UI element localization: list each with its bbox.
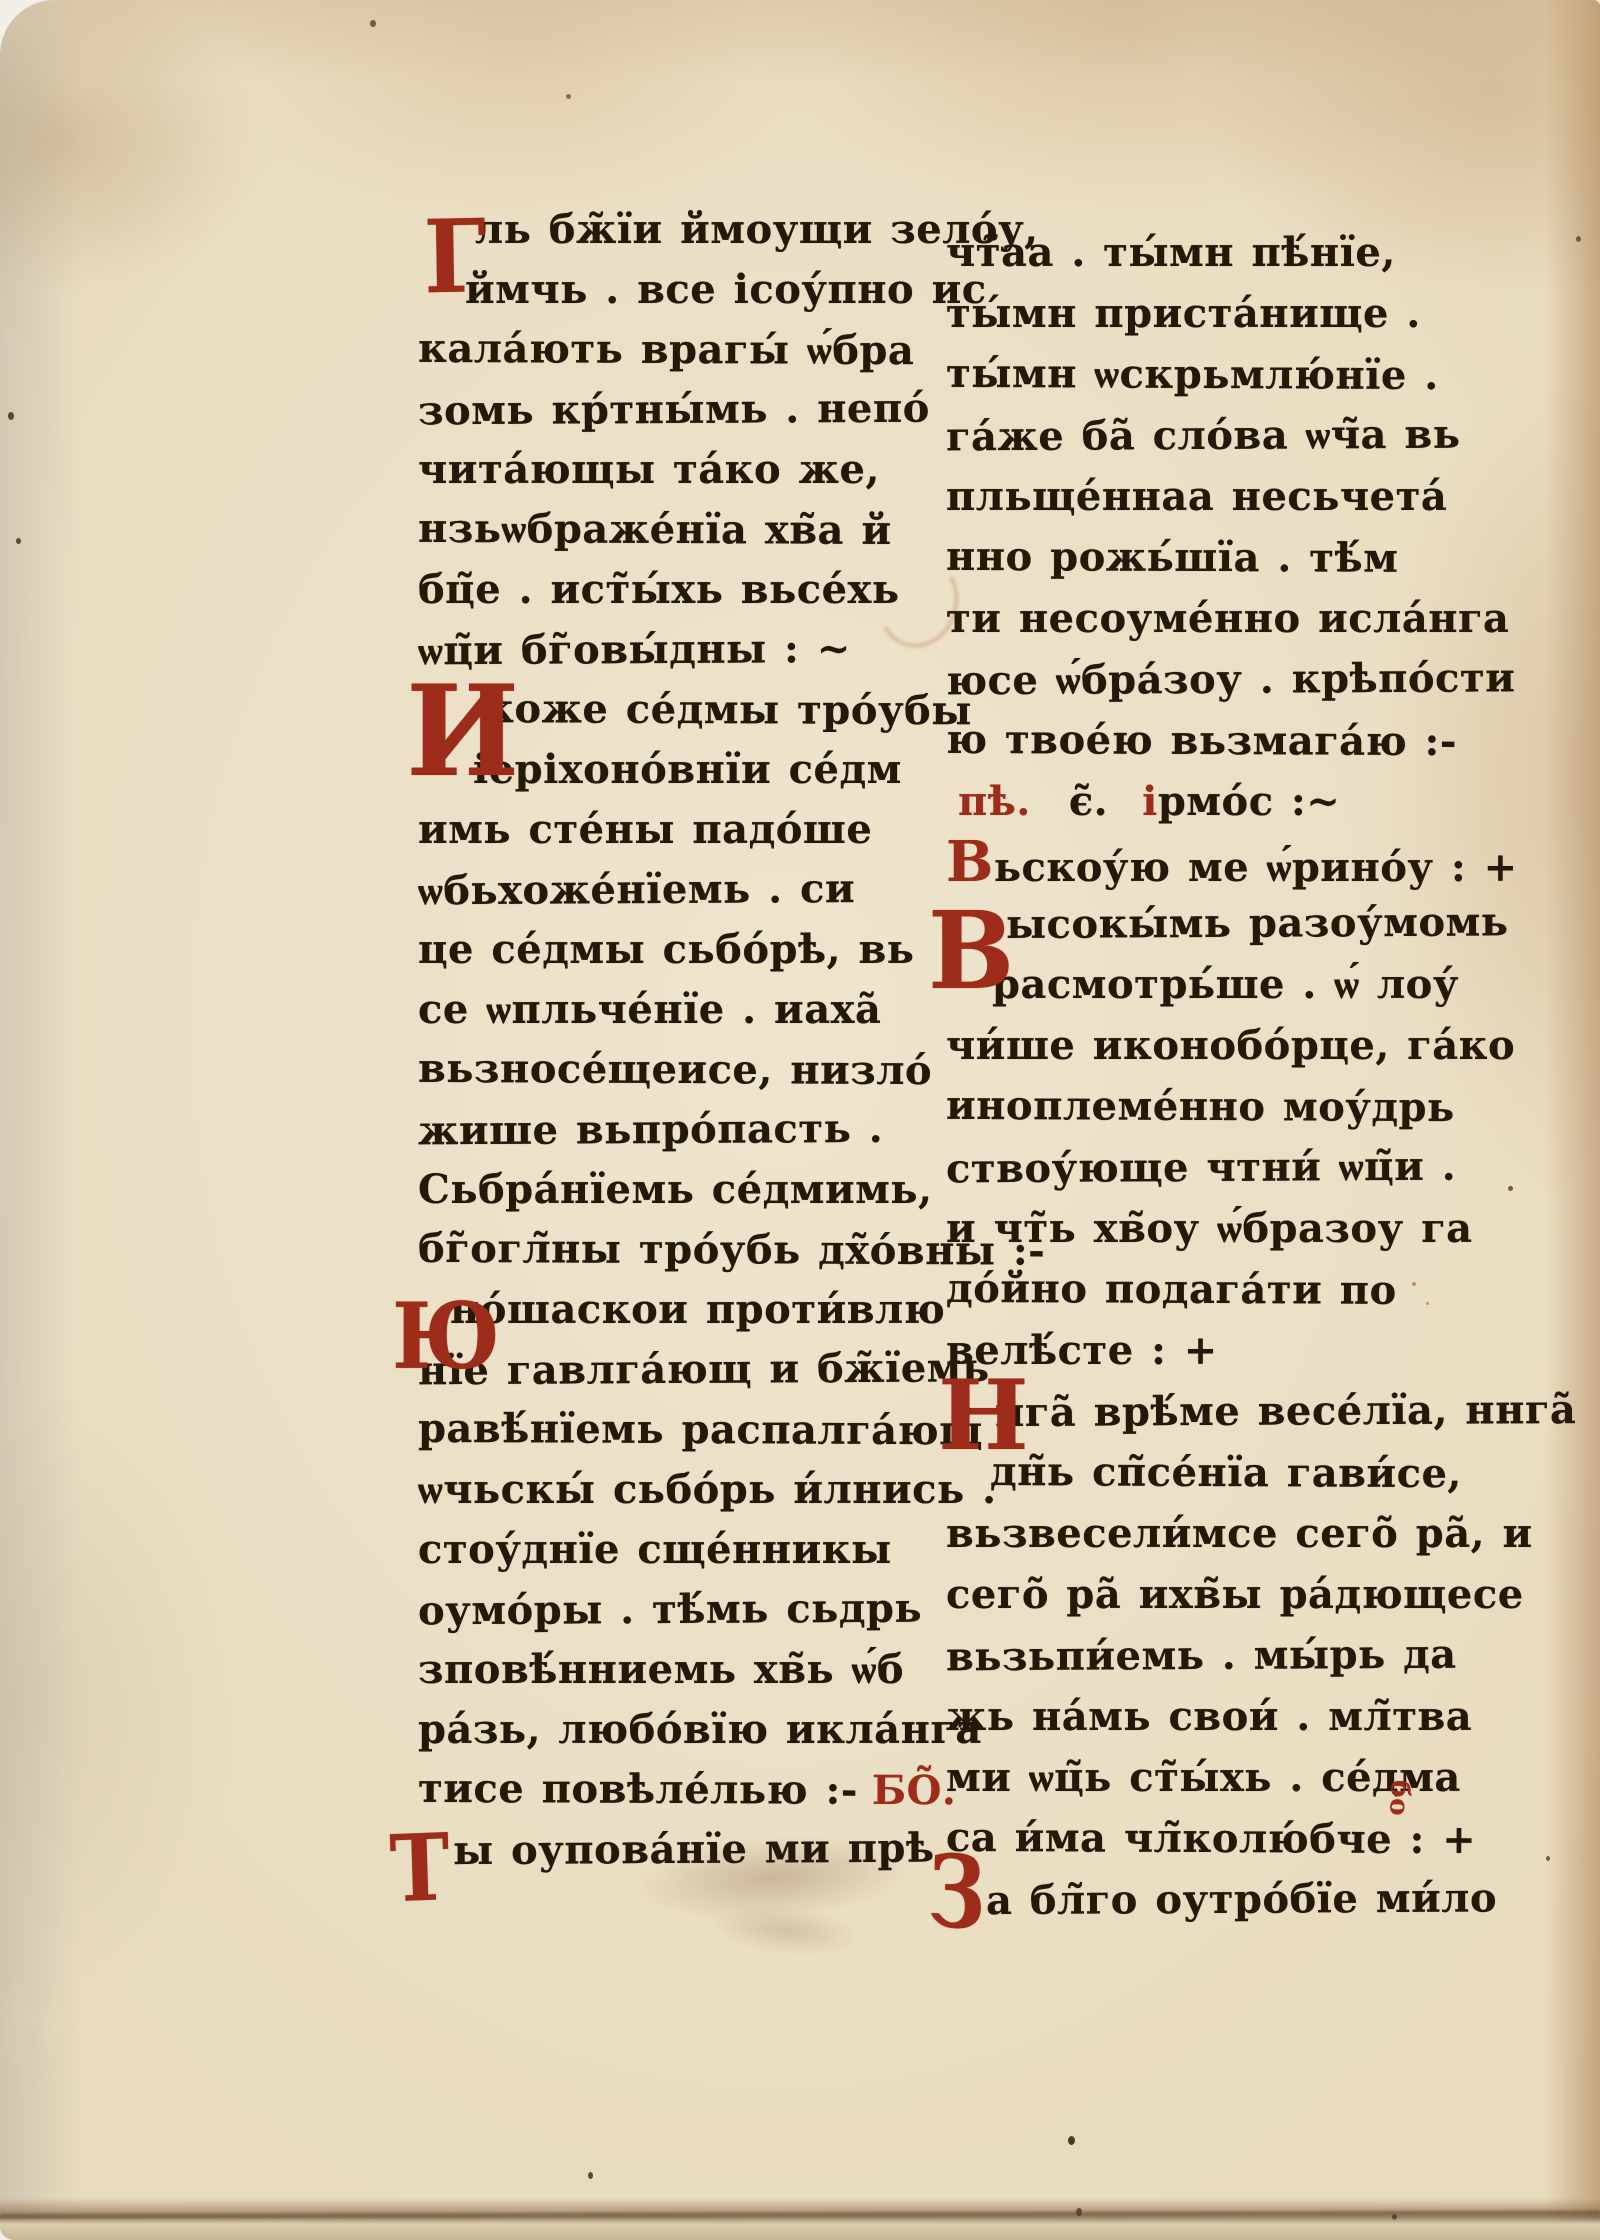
text-line: зповѣ́нниемь хв̃ь ѡ́б <box>418 1640 928 1700</box>
text-line: ствоу́юще чтни́ ѡц̃и . <box>946 1136 1466 1200</box>
rubric-margin-gloss: бо <box>1383 1779 1415 1817</box>
text-line: бц̃е . ист̃ы́хь вьсе́хь <box>418 560 928 620</box>
canto-label: пѣ. <box>958 771 1031 832</box>
text-line: ль бж̃їи ймоущи зело́у, <box>418 200 928 260</box>
text-line: ра́зь, любо́вїю икла́нга <box>418 1700 928 1760</box>
text-line: вьзвесели́мсе сего̃ ра̃, и <box>946 1503 1466 1564</box>
text-line: юсе ѡ́бра́зоу . крѣпо́сти <box>946 648 1466 712</box>
drop-cap-Z: З <box>927 1841 987 1943</box>
text-line: жь на́мь свои́ . мл̃тва <box>946 1686 1466 1747</box>
left-column: ль бж̃їи ймоущи зело́у, ймчь . все ісоу́… <box>418 200 928 1880</box>
text-line: иноплеме́нно моу́дрь <box>946 1075 1466 1138</box>
speck <box>566 94 571 99</box>
text-line: чи́ше иконобо́рце, га́ко <box>946 1015 1466 1076</box>
text-line: тисе повѣле́лью :-БО̃. <box>418 1759 928 1821</box>
text-line-body: ьскоу́ю ме ѡ́рино́у : + <box>994 844 1518 891</box>
text-line: ти несоуме́нно исла́нга <box>946 588 1466 649</box>
text-line: сего̃ ра̃ ихв̃ы ра́дющесе <box>946 1564 1466 1625</box>
speck <box>588 2172 593 2179</box>
drop-cap-N: Н <box>938 1368 1029 1464</box>
text-line: пльще́ннаа несьчета́ <box>946 466 1466 527</box>
text-line: ысокы́мь разоу́момь <box>946 892 1466 956</box>
manuscript-page: ль бж̃їи ймоущи зело́у, ймчь . все ісоу́… <box>0 0 1600 2240</box>
text-line: до́йно подага́ти по <box>946 1258 1466 1321</box>
text-line: а бл̃го оутро́бїе ми́ло <box>946 1868 1466 1932</box>
speck <box>8 412 14 420</box>
text-line: ймчь . все ісоу́пно ис <box>418 260 928 320</box>
text-line: вьзносе́щеисе, низло́ <box>418 1039 928 1101</box>
canto-number: є̃. <box>1069 771 1108 832</box>
text-line: це се́дмы сьбо́рѣ, вь <box>418 920 928 980</box>
text-line: ѡбьхоже́нїемь . си <box>418 859 928 922</box>
right-column: чт̃аа . ты́мн пѣ́нїе, ты́мн приста́нище … <box>946 222 1466 1930</box>
text-line: ю твое́ю вьзмага́ю :- <box>946 709 1466 772</box>
text-line: ты́мн приста́нище . <box>946 283 1466 344</box>
text-line: стоу́днїе сще́нникы <box>418 1520 928 1580</box>
text-line: се ѡпльче́нїе . иаха̃ <box>418 980 928 1040</box>
canto-heading-line: пѣ.є̃.ірмо́с :~ <box>946 771 1466 832</box>
speck <box>370 20 376 27</box>
text-line: ты́мн ѡскрьмлю́нїе . <box>946 343 1466 406</box>
text-line: чита́ющы та́ко же, <box>418 440 928 500</box>
initial-v-inline: В <box>946 829 994 895</box>
drop-cap-V: В <box>928 897 1014 1004</box>
text-line: оумо́ры . тѣ́мь сьдрь <box>418 1579 928 1642</box>
text-line: чт̃аа . ты́мн пѣ́нїе, <box>946 222 1466 283</box>
text-line: Сьбра́нїемь се́дмимь, <box>418 1160 928 1220</box>
text-line: и чт̃ь хв̃оу ѡ́бразоу га <box>946 1198 1466 1259</box>
text-line: Вьскоу́ю ме ѡ́рино́у : + <box>946 832 1466 893</box>
rubric-gloss-bogorodichen: БО̃. <box>872 1767 957 1814</box>
speck <box>1508 1186 1513 1191</box>
text-line: бг̃огл̃ны тро́убь дх̃о́вны :- <box>418 1219 928 1281</box>
drop-cap-T: Т <box>389 1821 451 1915</box>
speck <box>1576 236 1581 242</box>
drop-cap-Yu: Ю <box>392 1291 500 1382</box>
text-line: вьзьпи́емь . мы́рь да <box>946 1624 1466 1688</box>
text-line: равѣ́нїемь распалга́ющ . <box>418 1399 928 1461</box>
page-bottom-edge <box>0 2198 1600 2240</box>
text-line: нно рожь́шїа . тѣ́м <box>946 526 1466 589</box>
drop-cap-I: И <box>406 669 519 795</box>
text-line: расмотрь́ше . ѡ́ лоу́ <box>946 954 1466 1015</box>
text-line: жише вьпро́пасть . <box>418 1099 928 1162</box>
text-line: ѡчьскы́ сьбо́рь и́лнись . <box>418 1460 928 1520</box>
speck <box>1068 2136 1075 2145</box>
irmos-initial: і <box>1142 771 1158 832</box>
text-line: имь сте́ны падо́ше <box>418 800 928 860</box>
text-line: зомь кр́тны́мь . непо́ <box>418 379 928 442</box>
text-line: кала́ють врагы́ ѡ́бра <box>418 319 928 381</box>
speck <box>16 538 21 544</box>
irmos-label: рмо́с :~ <box>1158 771 1340 832</box>
drop-cap-G: Г <box>423 206 487 308</box>
speck <box>1546 1856 1550 1861</box>
text-line: га́же ба̃ сло́ва ѡч̃а вь <box>946 404 1466 468</box>
text-line: ы оупова́нїе ми прѣ <box>418 1819 928 1882</box>
text-line-body: тисе повѣле́лью :- <box>418 1765 858 1814</box>
text-line: нзьѡбраже́нїа хв̃а й <box>418 499 928 561</box>
